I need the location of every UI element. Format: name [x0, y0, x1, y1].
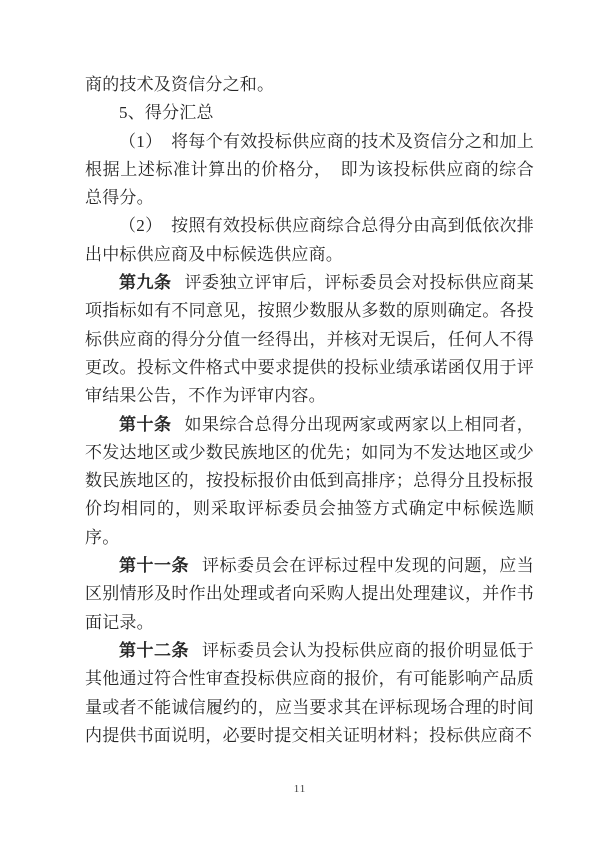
text-segment: 5、得分汇总 [119, 103, 214, 122]
paragraph: 5、得分汇总 [85, 99, 534, 127]
paragraph: （2） 按照有效投标供应商综合总得分由高到低依次排出中标供应商及中标候选供应商。 [85, 212, 534, 269]
text-segment: 评委独立评审后，评标委员会对投标供应商某项指标如有不同意见，按照少数服从多数的原… [85, 273, 534, 405]
clause-heading: 第十二条 [119, 641, 189, 660]
paragraph: （1） 将每个有效投标供应商的技术及资信分之和加上根据上述标准计算出的价格分， … [85, 128, 534, 213]
text-segment: 商的技术及资信分之和。 [85, 75, 274, 94]
paragraph: 第九条评委独立评审后，评标委员会对投标供应商某项指标如有不同意见，按照少数服从多… [85, 269, 534, 410]
document-body: 商的技术及资信分之和。5、得分汇总（1） 将每个有效投标供应商的技术及资信分之和… [85, 71, 534, 750]
paragraph: 第十一条评标委员会在评标过程中发现的问题，应当区别情形及时作出处理或者向采购人提… [85, 552, 534, 637]
clause-heading: 第十条 [119, 415, 171, 434]
clause-heading: 第九条 [119, 273, 171, 292]
paragraph: 商的技术及资信分之和。 [85, 71, 534, 99]
clause-heading: 第十一条 [119, 556, 189, 575]
text-segment: 如果综合总得分出现两家或两家以上相同者，不发达地区或少数民族地区的优先；如同为不… [85, 415, 534, 547]
text-segment: （1） 将每个有效投标供应商的技术及资信分之和加上根据上述标准计算出的价格分， … [85, 132, 534, 208]
page-number: 11 [0, 783, 600, 795]
paragraph: 第十条如果综合总得分出现两家或两家以上相同者，不发达地区或少数民族地区的优先；如… [85, 411, 534, 552]
paragraph: 第十二条评标委员会认为投标供应商的报价明显低于其他通过符合性审查投标供应商的报价… [85, 637, 534, 750]
document-page: 商的技术及资信分之和。5、得分汇总（1） 将每个有效投标供应商的技术及资信分之和… [0, 0, 600, 848]
text-segment: （2） 按照有效投标供应商综合总得分由高到低依次排出中标供应商及中标候选供应商。 [85, 216, 534, 263]
